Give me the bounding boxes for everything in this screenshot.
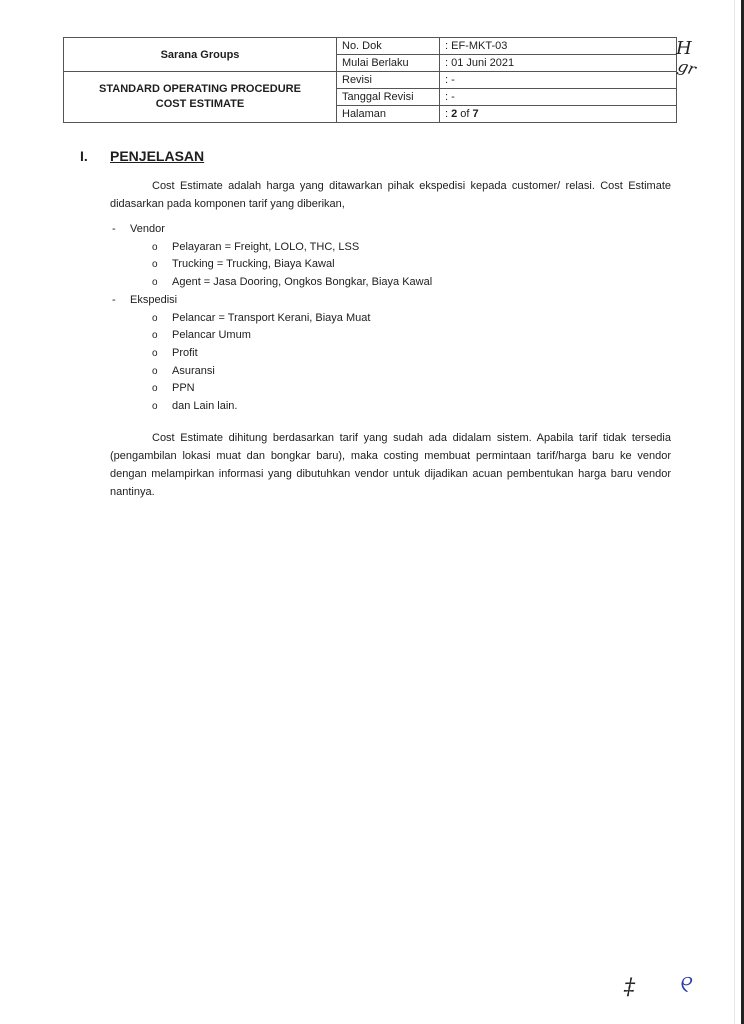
signature-mark-blue: ୧ [678,970,691,998]
subitem-text: Pelayaran = Freight, LOLO, THC, LSS [172,241,359,253]
paragraph-intro: Cost Estimate adalah harga yang ditawark… [110,177,671,213]
subitem-text: Profit [172,347,198,359]
paragraph-text: Cost Estimate adalah harga yang ditawark… [110,180,671,210]
list-label: Ekspedisi [130,294,177,306]
list-subitem: oPelancar Umum [110,327,432,345]
subitem-text: Agent = Jasa Dooring, Ongkos Bongkar, Bi… [172,276,432,288]
list-item-vendor: -Vendor [110,221,432,239]
circle-bullet-icon: o [152,239,158,257]
document-header-table: Sarana Groups No. Dok : EF-MKT-03 Mulai … [63,37,677,123]
scan-shadow-line [734,0,735,1024]
signature-mark: ‡ [624,975,635,1000]
header-label: Tanggal Revisi [337,89,440,106]
circle-bullet-icon: o [152,398,158,416]
paragraph-process: Cost Estimate dihitung berdasarkan tarif… [110,429,671,501]
sop-title-line: STANDARD OPERATING PROCEDURE [69,82,331,97]
list-subitem: oPelancar = Transport Kerani, Biaya Muat [110,310,432,328]
subitem-text: Trucking = Trucking, Biaya Kawal [172,258,335,270]
circle-bullet-icon: o [152,380,158,398]
circle-bullet-icon: o [152,345,158,363]
section-heading: I.PENJELASAN [80,148,204,164]
sop-title: STANDARD OPERATING PROCEDURE COST ESTIMA… [64,72,337,123]
dash-bullet: - [112,292,116,310]
section-title: PENJELASAN [110,148,204,164]
page-of: of [457,108,472,120]
header-label: Mulai Berlaku [337,55,440,72]
circle-bullet-icon: o [152,310,158,328]
list-subitem: oProfit [110,345,432,363]
circle-bullet-icon: o [152,256,158,274]
subitem-text: dan Lain lain. [172,400,237,412]
paragraph-text: Cost Estimate dihitung berdasarkan tarif… [110,432,671,498]
header-value: : - [440,89,677,106]
section-number: I. [80,148,110,164]
dash-bullet: - [112,221,116,239]
header-value: : 01 Juni 2021 [440,55,677,72]
list-label: Vendor [130,223,165,235]
subitem-text: PPN [172,382,195,394]
list-subitem: oPPN [110,380,432,398]
header-label: Revisi [337,72,440,89]
page-number: : 2 of 7 [440,106,677,123]
circle-bullet-icon: o [152,327,158,345]
header-label: Halaman [337,106,440,123]
component-list: -Vendor oPelayaran = Freight, LOLO, THC,… [110,221,432,416]
list-subitem: oPelayaran = Freight, LOLO, THC, LSS [110,239,432,257]
list-subitem: odan Lain lain. [110,398,432,416]
header-label: No. Dok [337,38,440,55]
list-item-ekspedisi: -Ekspedisi [110,292,432,310]
list-subitem: oAgent = Jasa Dooring, Ongkos Bongkar, B… [110,274,432,292]
sop-title-line: COST ESTIMATE [69,97,331,112]
handwritten-initial: gr [676,56,698,79]
list-subitem: oAsuransi [110,363,432,381]
circle-bullet-icon: o [152,363,158,381]
company-name: Sarana Groups [64,38,337,72]
circle-bullet-icon: o [152,274,158,292]
header-value: : EF-MKT-03 [440,38,677,55]
subitem-text: Asuransi [172,365,215,377]
subitem-text: Pelancar Umum [172,329,251,341]
total-pages: 7 [473,108,479,120]
list-subitem: oTrucking = Trucking, Biaya Kawal [110,256,432,274]
subitem-text: Pelancar = Transport Kerani, Biaya Muat [172,312,370,324]
header-value: : - [440,72,677,89]
